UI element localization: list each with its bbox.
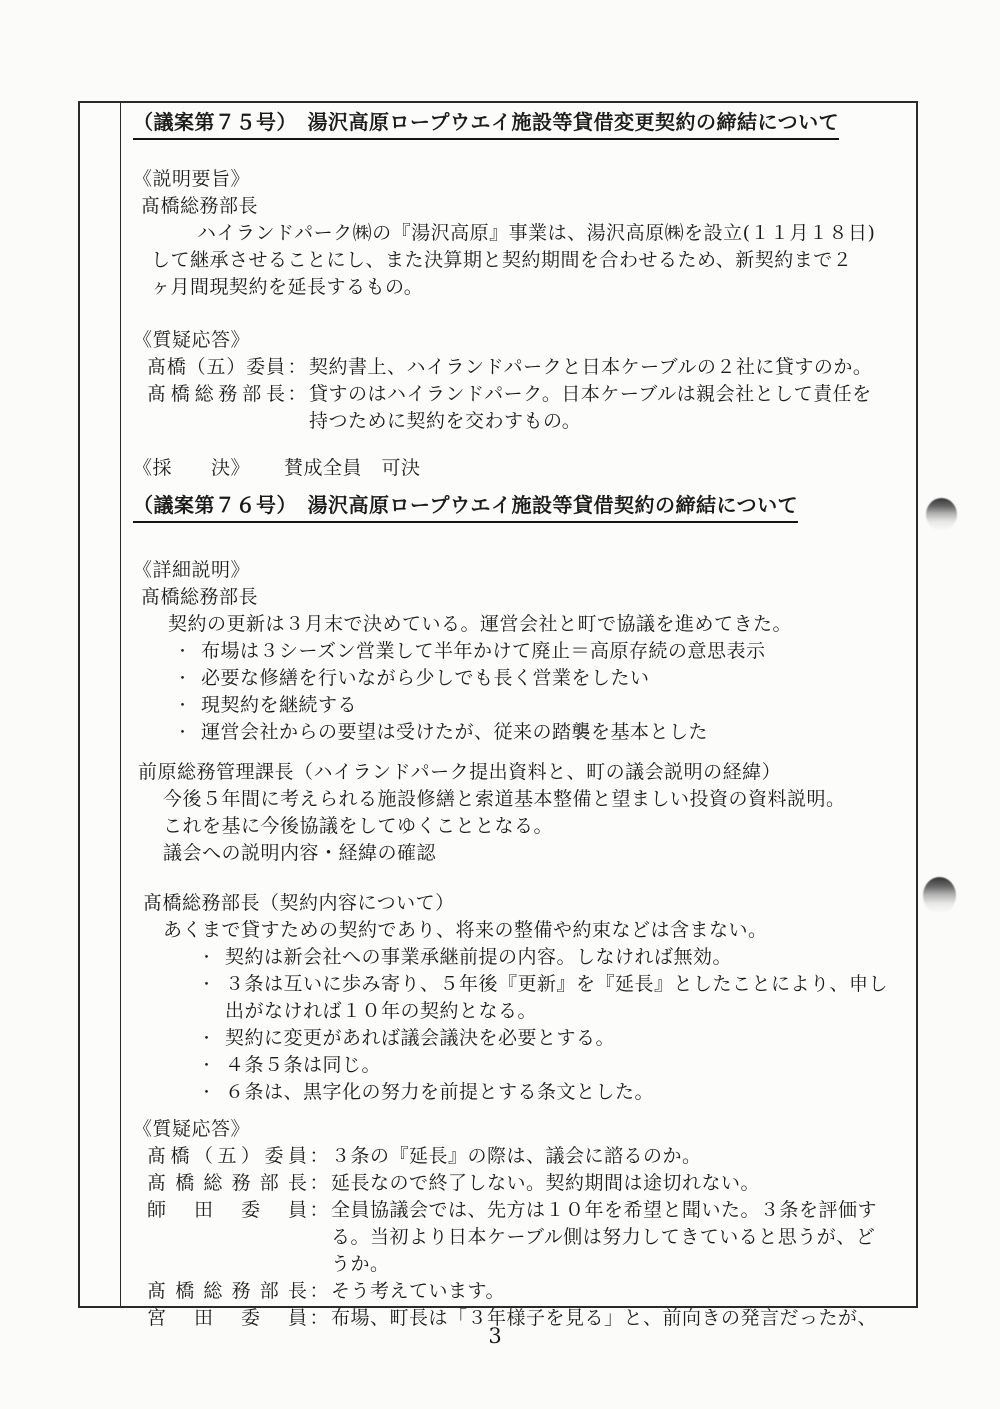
paragraph-line: ハイランドパーク㈱の『湯沢高原』事業は、湯沢高原㈱を設立(１１月１８日)	[151, 220, 910, 247]
bullet-line: 出がなければ１０年の契約となる。	[225, 998, 888, 1025]
paragraph-line: して継承させることにし、また決算期と契約期間を合わせるため、新契約まで２	[151, 247, 910, 274]
qa-speaker: 師田委員	[147, 1197, 307, 1224]
qa-text: 貸すのはハイランドパーク。日本ケーブルは親会社として責任を 持つために契約を交わ…	[309, 381, 872, 435]
speaker-intro-line: 契約の更新は３月末で決めている。運営会社と町で協議を進めてきた。	[168, 611, 910, 638]
qa-speaker: 髙橋総務部長	[147, 1170, 307, 1197]
bullet-item: ・ ３条は互いに歩み寄り、５年後『更新』を『延長』としたことにより、申し 出がな…	[133, 971, 910, 1025]
agenda-76-section: （議案第７６号） 湯沢高原ロープウエイ施設等貸借契約の締結について 《詳細説明》…	[133, 492, 910, 1332]
qa-line: ３条の『延長』の際は、議会に諮るのか。	[331, 1143, 702, 1170]
punch-hole-shadow	[926, 498, 957, 531]
qa-text: 全員協議会では、先方は１０年を希望と聞いた。３条を評価す る。当初より日本ケーブ…	[331, 1197, 877, 1278]
bullet-text: 運営会社からの要望は受けたが、従来の踏襲を基本とした	[201, 719, 708, 746]
bullet-icon: ・	[175, 665, 201, 692]
bullet-line: ３条は互いに歩み寄り、５年後『更新』を『延長』としたことにより、申し	[225, 971, 888, 998]
speaker-name: 髙橋総務部長（契約内容について）	[143, 890, 910, 917]
left-margin-column	[80, 103, 121, 1306]
qa-text: そう考えています。	[331, 1278, 505, 1305]
qa-speaker: 髙橋総務部長	[147, 381, 285, 408]
bullet-item: ・ 布場は３シーズン営業して半年かけて廃止＝高原存続の意思表示	[133, 638, 910, 665]
bullet-text: 契約は新会社への事業承継前提の内容。しなければ無効。	[225, 944, 732, 971]
bullet-text: 布場は３シーズン営業して半年かけて廃止＝高原存続の意思表示	[201, 638, 766, 665]
bullet-text: ３条は互いに歩み寄り、５年後『更新』を『延長』としたことにより、申し 出がなけれ…	[225, 971, 888, 1025]
bullet-item: ・ ４条５条は同じ。	[133, 1052, 910, 1079]
summary-header: 《説明要旨》	[133, 166, 910, 193]
qa-text: 延長なので終了しない。契約期間は途切れない。	[331, 1170, 760, 1197]
qa-line: る。当初より日本ケーブル側は努力してきていると思うが、ど	[331, 1224, 877, 1251]
vote-row: 《採 決》 賛成全員 可決	[133, 455, 910, 482]
bullet-line: 契約に変更があれば議会議決を必要とする。	[225, 1025, 615, 1052]
bullet-icon: ・	[199, 971, 225, 998]
bullet-list: ・ 布場は３シーズン営業して半年かけて廃止＝高原存続の意思表示 ・ 必要な修繕を…	[133, 638, 910, 746]
qa-speaker: 髙橋（五）委員	[147, 1143, 307, 1170]
qa-text: ３条の『延長』の際は、議会に諮るのか。	[331, 1143, 702, 1170]
bullet-item: ・ 運営会社からの要望は受けたが、従来の踏襲を基本とした	[133, 719, 910, 746]
qa-line: 全員協議会では、先方は１０年を希望と聞いた。３条を評価す	[331, 1197, 877, 1224]
page-number: 3	[0, 1322, 990, 1350]
bullet-text: 現契約を継続する	[201, 692, 357, 719]
vote-header: 《採 決》	[133, 455, 250, 482]
paragraph-line: ヶ月間現契約を延長するもの。	[151, 274, 910, 301]
bullet-list: ・ 契約は新会社への事業承継前提の内容。しなければ無効。 ・ ３条は互いに歩み寄…	[133, 944, 910, 1106]
speaker-name: 前原総務管理課長（ハイランドパーク提出資料と、町の議会説明の経緯）	[138, 759, 910, 786]
qa-header: 《質疑応答》	[133, 1116, 910, 1143]
qa-colon: ：	[307, 1197, 331, 1224]
bullet-text: 契約に変更があれば議会議決を必要とする。	[225, 1025, 615, 1052]
qa-line: うか。	[331, 1251, 877, 1278]
qa-row: 髙橋総務部長 ： そう考えています。	[133, 1278, 910, 1305]
statement-paragraph: 今後５年間に考えられる施設修繕と索道基本整備と望ましい投資の資料説明。 これを基…	[163, 786, 910, 867]
bullet-icon: ・	[199, 944, 225, 971]
qa-line: 貸すのはハイランドパーク。日本ケーブルは親会社として責任を	[309, 381, 872, 408]
qa-speaker: 髙橋（五）委員	[147, 354, 285, 381]
paragraph-line: 議会への説明内容・経緯の確認	[163, 840, 910, 867]
bullet-item: ・ 現契約を継続する	[133, 692, 910, 719]
qa-colon: ：	[285, 381, 309, 408]
minutes-content: （議案第７５号） 湯沢高原ロープウエイ施設等貸借変更契約の締結について 《説明要…	[121, 103, 916, 1306]
bullet-line: 契約は新会社への事業承継前提の内容。しなければ無効。	[225, 944, 732, 971]
bullet-item: ・ ６条は、黒字化の努力を前提とする条文とした。	[133, 1079, 910, 1106]
qa-line: 延長なので終了しない。契約期間は途切れない。	[331, 1170, 760, 1197]
speaker-name: 髙橋総務部長	[141, 584, 910, 611]
paragraph-line: 今後５年間に考えられる施設修繕と索道基本整備と望ましい投資の資料説明。	[163, 786, 910, 813]
bullet-text: 必要な修繕を行いながら少しでも長く営業をしたい	[201, 665, 650, 692]
qa-row: 髙橋（五）委員 ： 契約書上、ハイランドパークと日本ケーブルの２社に貸すのか。	[133, 354, 910, 381]
bullet-text: ６条は、黒字化の努力を前提とする条文とした。	[225, 1079, 654, 1106]
bullet-icon: ・	[175, 692, 201, 719]
qa-text: 契約書上、ハイランドパークと日本ケーブルの２社に貸すのか。	[309, 354, 872, 381]
agenda-76-title: （議案第７６号） 湯沢高原ロープウエイ施設等貸借契約の締結について	[133, 492, 910, 523]
bullet-item: ・ 契約は新会社への事業承継前提の内容。しなければ無効。	[133, 944, 910, 971]
vote-result: 賛成全員 可決	[284, 455, 421, 482]
speaker-intro-line: あくまで貸すための契約であり、将来の整備や約束などは含まない。	[163, 917, 910, 944]
qa-colon: ：	[307, 1170, 331, 1197]
qa-colon: ：	[307, 1278, 331, 1305]
agenda-75-title-text: （議案第７５号） 湯沢高原ロープウエイ施設等貸借変更契約の締結について	[133, 109, 839, 140]
qa-header: 《質疑応答》	[133, 327, 910, 354]
qa-row: 髙橋（五）委員 ： ３条の『延長』の際は、議会に諮るのか。	[133, 1143, 910, 1170]
bullet-icon: ・	[199, 1025, 225, 1052]
qa-row: 師田委員 ： 全員協議会では、先方は１０年を希望と聞いた。３条を評価す る。当初…	[133, 1197, 910, 1278]
detail-header: 《詳細説明》	[133, 557, 910, 584]
qa-line: そう考えています。	[331, 1278, 505, 1305]
bullet-item: ・ 契約に変更があれば議会議決を必要とする。	[133, 1025, 910, 1052]
qa-row: 髙橋総務部長 ： 貸すのはハイランドパーク。日本ケーブルは親会社として責任を 持…	[133, 381, 910, 435]
qa-row: 髙橋総務部長 ： 延長なので終了しない。契約期間は途切れない。	[133, 1170, 910, 1197]
minutes-frame: （議案第７５号） 湯沢高原ロープウエイ施設等貸借変更契約の締結について 《説明要…	[78, 101, 918, 1308]
bullet-text: ４条５条は同じ。	[225, 1052, 381, 1079]
qa-colon: ：	[307, 1143, 331, 1170]
bullet-line: ６条は、黒字化の努力を前提とする条文とした。	[225, 1079, 654, 1106]
statement-paragraph: ハイランドパーク㈱の『湯沢高原』事業は、湯沢高原㈱を設立(１１月１８日) して継…	[151, 220, 910, 301]
qa-colon: ：	[285, 354, 309, 381]
qa-speaker: 髙橋総務部長	[147, 1278, 307, 1305]
qa-line: 持つために契約を交わすもの。	[309, 408, 872, 435]
bullet-icon: ・	[175, 638, 201, 665]
agenda-75-title: （議案第７５号） 湯沢高原ロープウエイ施設等貸借変更契約の締結について	[133, 109, 910, 140]
bullet-icon: ・	[199, 1079, 225, 1106]
punch-hole-shadow	[923, 877, 956, 914]
speaker-name: 髙橋総務部長	[141, 193, 910, 220]
bullet-icon: ・	[175, 719, 201, 746]
agenda-75-section: （議案第７５号） 湯沢高原ロープウエイ施設等貸借変更契約の締結について 《説明要…	[133, 109, 910, 482]
bullet-line: ４条５条は同じ。	[225, 1052, 381, 1079]
qa-line: 契約書上、ハイランドパークと日本ケーブルの２社に貸すのか。	[309, 356, 872, 378]
bullet-item: ・ 必要な修繕を行いながら少しでも長く営業をしたい	[133, 665, 910, 692]
agenda-76-title-text: （議案第７６号） 湯沢高原ロープウエイ施設等貸借契約の締結について	[133, 492, 798, 523]
paragraph-line: これを基に今後協議をしてゆくこととなる。	[163, 813, 910, 840]
bullet-icon: ・	[199, 1052, 225, 1079]
